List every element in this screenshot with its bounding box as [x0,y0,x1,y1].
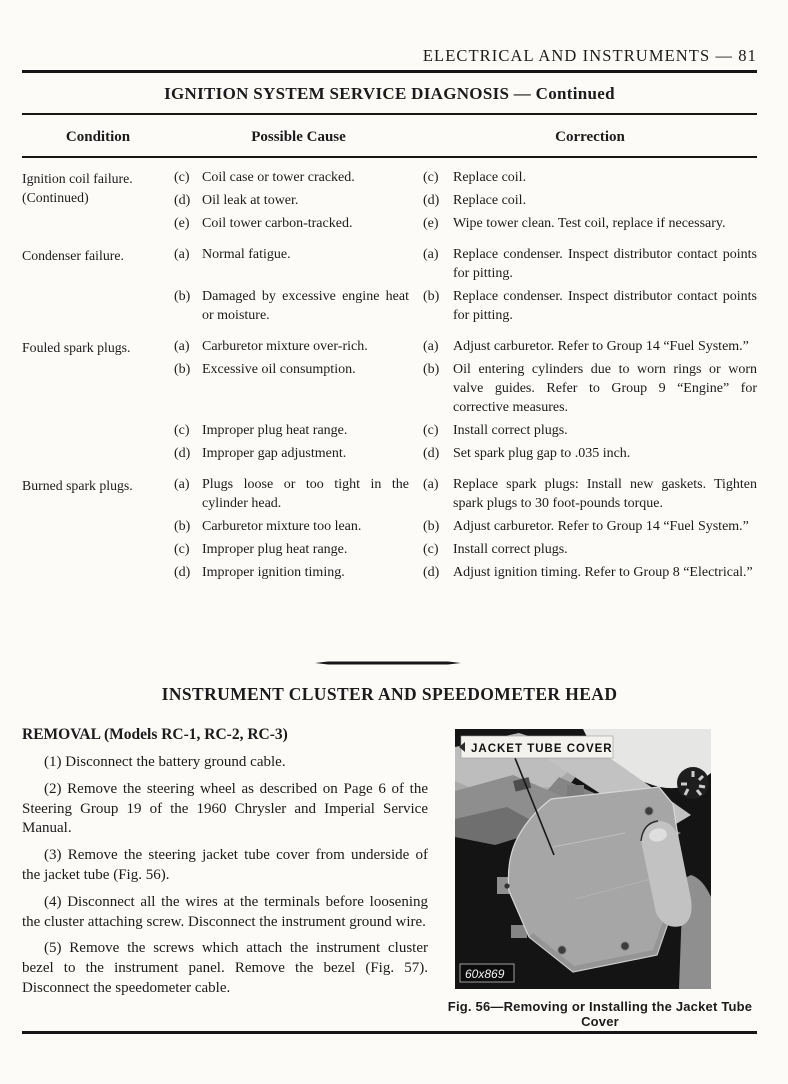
entry-letter: (b) [174,360,202,417]
condition-cell: Burned spark plugs. [22,475,174,586]
entry-letter: (b) [423,517,453,536]
running-head-text: ELECTRICAL AND INSTRUMENTS — 81 [423,46,757,65]
correction-text: Replace coil. [453,191,757,210]
cause-cell: (e)Coil tower carbon-tracked. [174,214,423,233]
diagnosis-entry: (a)Plugs loose or too tight in the cylin… [174,475,757,513]
cause-cell: (d)Oil leak at tower. [174,191,423,210]
correction-text: Set spark plug gap to .035 inch. [453,444,757,463]
diagnosis-entry: (b)Excessive oil consumption. (b)Oil ent… [174,360,757,417]
diagnosis-entry: (b)Damaged by excessive engine heat or m… [174,287,757,325]
correction-cell: (b)Replace condenser. Inspect distributo… [423,287,757,325]
entry-letter: (d) [174,191,202,210]
entry-letter: (d) [423,444,453,463]
entry-letter: (a) [174,475,202,513]
table-top-rule [22,113,757,115]
entry-letter: (b) [423,287,453,325]
correction-cell: (d)Adjust ignition timing. Refer to Grou… [423,563,757,582]
cause-cell: (c)Coil case or tower cracked. [174,168,423,187]
cause-cell: (a)Plugs loose or too tight in the cylin… [174,475,423,513]
correction-text: Replace spark plugs: Install new gaskets… [453,475,757,513]
figure-caption: Fig. 56—Removing or Installing the Jacke… [433,999,767,1029]
screw-hole [645,807,653,815]
condition-text: (Continued) [22,188,174,207]
diagnosis-title: IGNITION SYSTEM SERVICE DIAGNOSIS — Cont… [22,84,757,104]
entry-letter: (a) [174,337,202,356]
cause-cell: (d)Improper gap adjustment. [174,444,423,463]
cause-cell: (d)Improper ignition timing. [174,563,423,582]
removal-step: (2) Remove the steering wheel as describ… [22,780,428,839]
entry-letter: (a) [423,245,453,283]
column-header-condition: Condition [22,129,174,146]
entry-letter: (d) [423,563,453,582]
page-bottom-rule [22,1031,757,1034]
condition-text: Fouled spark plugs. [22,338,174,357]
figure-56: JACKET TUBE COVER 60x869 Fig. 56—Removin… [447,729,757,1029]
correction-cell: (e)Wipe tower clean. Test coil, replace … [423,214,757,233]
condition-cell: Condenser failure. [22,245,174,329]
table-row-burned-spark-plugs: Burned spark plugs. (a)Plugs loose or to… [22,475,757,586]
entry-letter: (e) [423,214,453,233]
entry-letter: (c) [174,421,202,440]
header-rule [22,70,757,73]
cause-cell: (b)Excessive oil consumption. [174,360,423,417]
row-entries: (a)Normal fatigue. (a)Replace condenser.… [174,245,757,329]
diagnosis-table: Ignition coil failure. (Continued) (c)Co… [22,168,757,594]
diagnosis-entry: (d)Oil leak at tower. (d)Replace coil. [174,191,757,210]
entry-letter: (d) [423,191,453,210]
entry-letter: (c) [174,168,202,187]
cause-text: Excessive oil consumption. [202,360,409,417]
running-head: ELECTRICAL AND INSTRUMENTS — 81 [423,46,757,66]
cause-text: Improper plug heat range. [202,421,409,440]
correction-text: Replace condenser. Inspect distributor c… [453,287,757,325]
correction-text: Install correct plugs. [453,421,757,440]
row-entries: (c)Coil case or tower cracked. (c)Replac… [174,168,757,237]
correction-cell: (b)Adjust carburetor. Refer to Group 14 … [423,517,757,536]
diagnosis-entry: (a)Normal fatigue. (a)Replace condenser.… [174,245,757,283]
figure-photo: JACKET TUBE COVER 60x869 [455,729,711,989]
diagnosis-entry: (c)Coil case or tower cracked. (c)Replac… [174,168,757,187]
condition-cell: Ignition coil failure. (Continued) [22,168,174,237]
condition-text: Burned spark plugs. [22,476,174,495]
table-row-condenser-failure: Condenser failure. (a)Normal fatigue. (a… [22,245,757,329]
screw-hole [504,883,509,888]
row-entries: (a)Carburetor mixture over-rich. (a)Adju… [174,337,757,467]
cause-text: Coil case or tower cracked. [202,168,409,187]
cause-cell: (b)Damaged by excessive engine heat or m… [174,287,423,325]
cause-cell: (a)Carburetor mixture over-rich. [174,337,423,356]
cause-text: Plugs loose or too tight in the cylinder… [202,475,409,513]
label-text: JACKET TUBE COVER [471,743,613,755]
entry-letter: (c) [423,421,453,440]
correction-cell: (a)Replace condenser. Inspect distributo… [423,245,757,283]
removal-step: (3) Remove the steering jacket tube cove… [22,846,428,886]
diagnosis-entry: (b)Carburetor mixture too lean. (b)Adjus… [174,517,757,536]
correction-cell: (b)Oil entering cylinders due to worn ri… [423,360,757,417]
entry-letter: (b) [174,517,202,536]
correction-cell: (a)Replace spark plugs: Install new gask… [423,475,757,513]
correction-text: Oil entering cylinders due to worn rings… [453,360,757,417]
correction-cell: (c)Replace coil. [423,168,757,187]
diagnosis-entry: (c)Improper plug heat range. (c)Install … [174,540,757,559]
diagnosis-entry: (a)Carburetor mixture over-rich. (a)Adju… [174,337,757,356]
cause-text: Improper ignition timing. [202,563,409,582]
correction-text: Adjust carburetor. Refer to Group 14 “Fu… [453,337,757,356]
cause-cell: (a)Normal fatigue. [174,245,423,283]
correction-text: Wipe tower clean. Test coil, replace if … [453,214,757,233]
removal-step: (5) Remove the screws which attach the i… [22,939,428,998]
column-header-correction: Correction [423,129,757,146]
cause-text: Damaged by excessive engine heat or mois… [202,287,409,325]
screw-hole [621,942,629,950]
entry-letter: (d) [174,563,202,582]
table-row-ignition-coil-failure: Ignition coil failure. (Continued) (c)Co… [22,168,757,237]
cause-text: Coil tower carbon-tracked. [202,214,409,233]
condition-text: Condenser failure. [22,246,174,265]
entry-letter: (a) [174,245,202,283]
cause-text: Improper gap adjustment. [202,444,409,463]
cause-text: Oil leak at tower. [202,191,409,210]
cause-text: Carburetor mixture too lean. [202,517,409,536]
correction-text: Install correct plugs. [453,540,757,559]
photo-id-tag: 60x869 [460,964,514,982]
table-row-fouled-spark-plugs: Fouled spark plugs. (a)Carburetor mixtur… [22,337,757,467]
removal-step: (4) Disconnect all the wires at the term… [22,893,428,933]
entry-letter: (c) [423,168,453,187]
correction-text: Adjust ignition timing. Refer to Group 8… [453,563,757,582]
entry-letter: (c) [174,540,202,559]
cause-text: Improper plug heat range. [202,540,409,559]
correction-cell: (a)Adjust carburetor. Refer to Group 14 … [423,337,757,356]
correction-cell: (c)Install correct plugs. [423,540,757,559]
correction-cell: (c)Install correct plugs. [423,421,757,440]
cause-cell: (c)Improper plug heat range. [174,540,423,559]
manual-page: ELECTRICAL AND INSTRUMENTS — 81 IGNITION… [0,0,788,1084]
entry-letter: (c) [423,540,453,559]
correction-text: Adjust carburetor. Refer to Group 14 “Fu… [453,517,757,536]
condition-cell: Fouled spark plugs. [22,337,174,467]
entry-letter: (d) [174,444,202,463]
section-title: INSTRUMENT CLUSTER AND SPEEDOMETER HEAD [22,684,757,705]
correction-cell: (d)Replace coil. [423,191,757,210]
entry-letter: (b) [423,360,453,417]
table-header-row: Condition Possible Cause Correction [22,129,757,146]
cause-cell: (c)Improper plug heat range. [174,421,423,440]
entry-letter: (e) [174,214,202,233]
removal-step: (1) Disconnect the battery ground cable. [22,753,428,773]
screw-hole [558,946,566,954]
correction-text: Replace coil. [453,168,757,187]
entry-letter: (a) [423,337,453,356]
cause-text: Normal fatigue. [202,245,409,283]
photo-id-text: 60x869 [465,967,505,981]
condition-text: Ignition coil failure. [22,169,174,188]
diagnosis-entry: (d)Improper ignition timing. (d)Adjust i… [174,563,757,582]
correction-cell: (d)Set spark plug gap to .035 inch. [423,444,757,463]
section-divider-rule [315,661,461,665]
diagnosis-entry: (c)Improper plug heat range. (c)Install … [174,421,757,440]
diagnosis-entry: (d)Improper gap adjustment. (d)Set spark… [174,444,757,463]
cause-text: Carburetor mixture over-rich. [202,337,409,356]
cause-cell: (b)Carburetor mixture too lean. [174,517,423,536]
removal-procedure: REMOVAL (Models RC-1, RC-2, RC-3) (1) Di… [22,726,428,1006]
entry-letter: (a) [423,475,453,513]
table-header-rule [22,156,757,158]
row-entries: (a)Plugs loose or too tight in the cylin… [174,475,757,586]
correction-text: Replace condenser. Inspect distributor c… [453,245,757,283]
diagnosis-entry: (e)Coil tower carbon-tracked. (e)Wipe to… [174,214,757,233]
column-header-possible-cause: Possible Cause [174,129,423,146]
entry-letter: (b) [174,287,202,325]
removal-heading: REMOVAL (Models RC-1, RC-2, RC-3) [22,726,428,744]
